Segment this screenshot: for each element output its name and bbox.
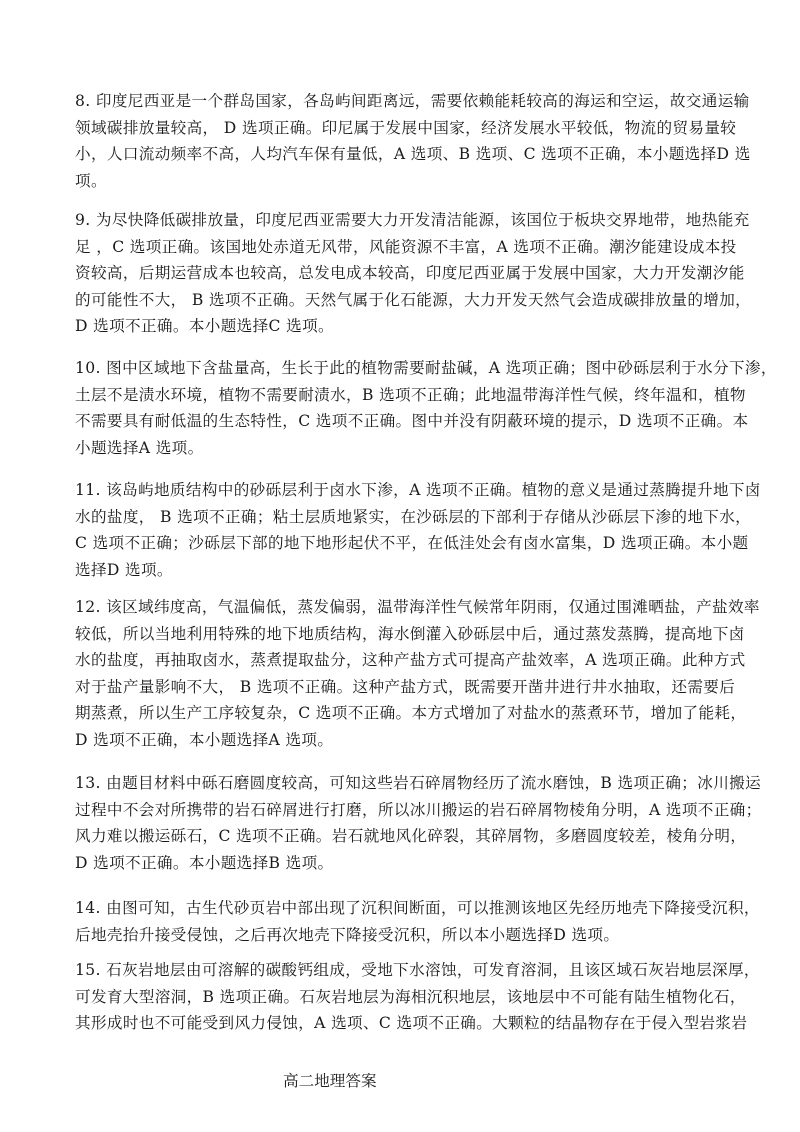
paragraph-line: 其形成时也不可能受到风力侵蚀，A 选项、C 选项不正确。大颗粒的结晶物存在于侵入… xyxy=(75,1010,725,1037)
answer-paragraph-13: 13. 由题目材料中砾石磨圆度较高，可知这些岩石碎屑物经历了流水磨蚀，B 选项正… xyxy=(75,770,725,876)
answer-paragraph-11: 11. 该岛屿地质结构中的砂砾层利于卤水下渗，A 选项不正确。植物的意义是通过蒸… xyxy=(75,477,725,583)
answer-paragraph-8: 8. 印度尼西亚是一个群岛国家，各岛屿间距离远，需要依赖能耗较高的海运和空运，故… xyxy=(75,88,725,194)
paragraph-line: 小，人口流动频率不高，人均汽车保有量低，A 选项、B 选项、C 选项不正确，本小… xyxy=(75,141,725,168)
paragraph-line: 9. 为尽快降低碳排放量，印度尼西亚需要大力开发清洁能源，该国位于板块交界地带，… xyxy=(75,207,725,234)
paragraph-line: 足 ，C 选项正确。该国地处赤道无风带，风能资源不丰富，A 选项不正确。潮汐能建… xyxy=(75,234,725,261)
paragraph-line: 15. 石灰岩地层由可溶解的碳酸钙组成，受地下水溶蚀，可发育溶洞，且该区域石灰岩… xyxy=(75,957,725,984)
paragraph-line: 12. 该区域纬度高，气温偏低，蒸发偏弱，温带海洋性气候常年阴雨，仅通过围滩晒盐… xyxy=(75,594,725,621)
paragraph-line: D 选项不正确。本小题选择B 选项。 xyxy=(75,850,725,877)
paragraph-line: 后地壳抬升接受侵蚀，之后再次地壳下降接受沉积，所以本小题选择D 选项。 xyxy=(75,922,725,949)
paragraph-line: 水的盐度，再抽取卤水，蒸煮提取盐分，这种产盐方式可提高产盐效率，A 选项正确。此… xyxy=(75,647,725,674)
paragraph-line: 11. 该岛屿地质结构中的砂砾层利于卤水下渗，A 选项不正确。植物的意义是通过蒸… xyxy=(75,477,725,504)
paragraph-line: 风力难以搬运砾石，C 选项不正确。岩石就地风化碎裂，其碎屑物，多磨圆度较差，棱角… xyxy=(75,823,725,850)
paragraph-line: 对于盐产量影响不大， B 选项不正确。这种产盐方式，既需要开凿井进行井水抽取，还… xyxy=(75,674,725,701)
paragraph-line: 8. 印度尼西亚是一个群岛国家，各岛屿间距离远，需要依赖能耗较高的海运和空运，故… xyxy=(75,88,725,115)
answer-paragraph-14: 14. 由图可知，古生代砂页岩中部出现了沉积间断面，可以推测该地区先经历地壳下降… xyxy=(75,895,725,948)
paragraph-line: 的可能性不大， B 选项不正确。天然气属于化石能源，大力开发天然气会造成碳排放量… xyxy=(75,287,725,314)
paragraph-line: 不需要具有耐低温的生态特性，C 选项不正确。图中并没有阴蔽环境的提示，D 选项不… xyxy=(75,408,725,435)
paragraph-line: C 选项不正确；沙砾层下部的地下地形起伏不平，在低洼处会有卤水富集，D 选项正确… xyxy=(75,530,725,557)
paragraph-line: 较低，所以当地利用特殊的地下地质结构，海水倒灌入砂砾层中后，通过蒸发蒸腾，提高地… xyxy=(75,621,725,648)
paragraph-line: 小题选择A 选项。 xyxy=(75,435,725,462)
paragraph-line: 资较高，后期运营成本也较高，总发电成本较高，印度尼西亚属于发展中国家，大力开发潮… xyxy=(75,260,725,287)
paragraph-line: D 选项不正确，本小题选择A 选项。 xyxy=(75,727,725,754)
answer-paragraph-15: 15. 石灰岩地层由可溶解的碳酸钙组成，受地下水溶蚀，可发育溶洞，且该区域石灰岩… xyxy=(75,957,725,1037)
paragraph-line: 领域碳排放量较高， D 选项正确。印尼属于发展中国家，经济发展水平较低，物流的贸… xyxy=(75,115,725,142)
paragraph-line: 过程中不会对所携带的岩石碎屑进行打磨，所以冰川搬运的岩石碎屑物棱角分明，A 选项… xyxy=(75,797,725,824)
document-page: 8. 印度尼西亚是一个群岛国家，各岛屿间距离远，需要依赖能耗较高的海运和空运，故… xyxy=(0,0,800,1132)
answer-paragraph-12: 12. 该区域纬度高，气温偏低，蒸发偏弱，温带海洋性气候常年阴雨，仅通过围滩晒盐… xyxy=(75,594,725,754)
paragraph-line: 水的盐度， B 选项不正确；粘土层质地紧实，在沙砾层的下部利于存储从沙砾层下渗的… xyxy=(75,504,725,531)
paragraph-line: 选择D 选项。 xyxy=(75,557,725,584)
paragraph-line: 10. 图中区域地下含盐量高，生长于此的植物需要耐盐碱，A 选项正确；图中砂砾层… xyxy=(75,355,725,382)
answer-paragraph-10: 10. 图中区域地下含盐量高，生长于此的植物需要耐盐碱，A 选项正确；图中砂砾层… xyxy=(75,355,725,461)
paragraph-line: 可发育大型溶洞，B 选项正确。石灰岩地层为海相沉积地层，该地层中不可能有陆生植物… xyxy=(75,984,725,1011)
paragraph-line: 项。 xyxy=(75,168,725,195)
paragraph-line: 期蒸煮，所以生产工序较复杂，C 选项不正确。本方式增加了对盐水的蒸煮环节，增加了… xyxy=(75,700,725,727)
paragraph-line: D 选项不正确。本小题选择C 选项。 xyxy=(75,313,725,340)
answer-paragraph-9: 9. 为尽快降低碳排放量，印度尼西亚需要大力开发清洁能源，该国位于板块交界地带，… xyxy=(75,207,725,340)
page-footer: 高二地理答案 xyxy=(283,1070,377,1092)
paragraph-line: 土层不是渍水环境，植物不需要耐渍水，B 选项不正确；此地温带海洋性气候，终年温和… xyxy=(75,382,725,409)
paragraph-line: 13. 由题目材料中砾石磨圆度较高，可知这些岩石碎屑物经历了流水磨蚀，B 选项正… xyxy=(75,770,725,797)
paragraph-line: 14. 由图可知，古生代砂页岩中部出现了沉积间断面，可以推测该地区先经历地壳下降… xyxy=(75,895,725,922)
